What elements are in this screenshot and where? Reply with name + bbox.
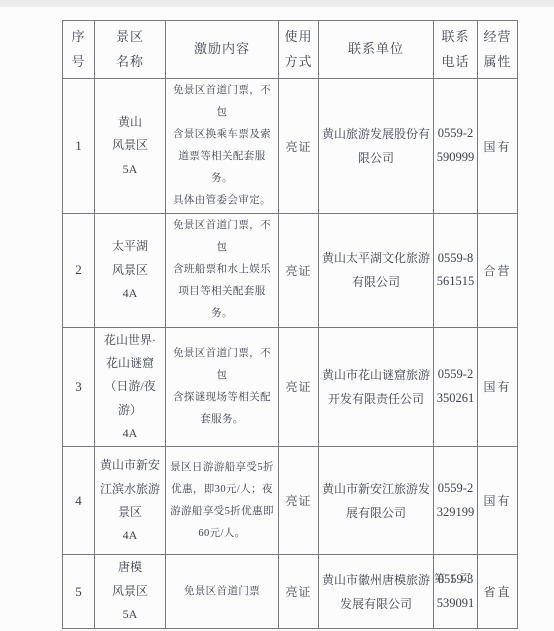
serial-number-cell: 2 [63,214,95,327]
header-ownership: 经营 属性 [478,21,518,79]
usage-method-cell: 亮证 [279,79,319,214]
table-header-row: 序 号 景区 名称 激励内容 使用 方式 联系单位 联系 电话 经营 属性 [63,21,518,79]
header-incentive-content: 激励内容 [166,21,279,79]
ownership-cell: 国有 [478,79,518,214]
incentive-cell: 景区日游游船享受5折 优惠，即30元/人；夜 游游船享受5折优惠即 60元/人。 [166,447,279,555]
serial-number-cell: 3 [63,327,95,447]
table-row: 3 花山世界· 花山谜窟 （日游/夜游） 4A 免景区首道门票，不包 含探谜现场… [63,327,518,447]
scenic-incentive-table: 序 号 景区 名称 激励内容 使用 方式 联系单位 联系 电话 经营 属性 1 … [62,20,518,629]
serial-number-cell: 4 [63,447,95,555]
contact-unit-cell: 黄山旅游发展股份有 限公司 [319,79,434,214]
table-row: 1 黄山 风景区 5A 免景区首道门票，不包 含景区换乘车票及索 道票等相关配套… [63,79,518,214]
serial-number-cell: 1 [63,79,95,214]
incentive-cell: 免景区首道门票，不包 含班船票和水上娱乐 项目等相关配套服务。 [166,214,279,327]
contact-phone-cell: 0559-3 539091 [434,555,478,628]
contact-unit-cell: 黄山太平湖文化旅游 有限公司 [319,214,434,327]
contact-unit-cell: 黄山市花山谜窟旅游 开发有限责任公司 [319,327,434,447]
scenic-name-cell: 太平湖 风景区 4A [95,214,166,327]
incentive-cell: 免景区首道门票 [166,555,279,628]
ownership-cell: 国有 [478,327,518,447]
incentive-cell: 免景区首道门票，不包 含探谜现场等相关配 套服务。 [166,327,279,447]
usage-method-cell: 亮证 [279,447,319,555]
contact-phone-cell: 0559-2 590999 [434,79,478,214]
contact-unit-cell: 黄山市新安江旅游发 展有限公司 [319,447,434,555]
page-number-label: 第 1 页 [434,570,472,586]
document-page: 序 号 景区 名称 激励内容 使用 方式 联系单位 联系 电话 经营 属性 1 … [0,0,554,631]
usage-method-cell: 亮证 [279,327,319,447]
contact-unit-cell: 黄山市徽州唐模旅游 发展有限公司 [319,555,434,628]
table-row: 2 太平湖 风景区 4A 免景区首道门票，不包 含班船票和水上娱乐 项目等相关配… [63,214,518,327]
usage-method-cell: 亮证 [279,214,319,327]
contact-phone-cell: 0559-2 329199 [434,447,478,555]
header-contact-phone: 联系 电话 [434,21,478,79]
header-contact-unit: 联系单位 [319,21,434,79]
table-row: 4 黄山市新安 江滨水旅游 景区 4A 景区日游游船享受5折 优惠，即30元/人… [63,447,518,555]
usage-method-cell: 亮证 [279,555,319,628]
incentive-cell: 免景区首道门票，不包 含景区换乘车票及索 道票等相关配套服务。 具体由管委会审定… [166,79,279,214]
contact-phone-cell: 0559-8 561515 [434,214,478,327]
serial-number-cell: 5 [63,555,95,628]
scenic-name-cell: 黄山市新安 江滨水旅游 景区 4A [95,447,166,555]
scenic-name-cell: 黄山 风景区 5A [95,79,166,214]
scenic-name-cell: 唐模 风景区 5A [95,555,166,628]
header-serial-number: 序 号 [63,21,95,79]
header-usage-method: 使用 方式 [279,21,319,79]
contact-phone-cell: 0559-2 350261 [434,327,478,447]
ownership-cell: 合营 [478,214,518,327]
scenic-name-cell: 花山世界· 花山谜窟 （日游/夜游） 4A [95,327,166,447]
header-scenic-name: 景区 名称 [95,21,166,79]
ownership-cell: 省直 [478,555,518,628]
table-row: 5 唐模 风景区 5A 免景区首道门票 亮证 黄山市徽州唐模旅游 发展有限公司 … [63,555,518,628]
ownership-cell: 国有 [478,447,518,555]
